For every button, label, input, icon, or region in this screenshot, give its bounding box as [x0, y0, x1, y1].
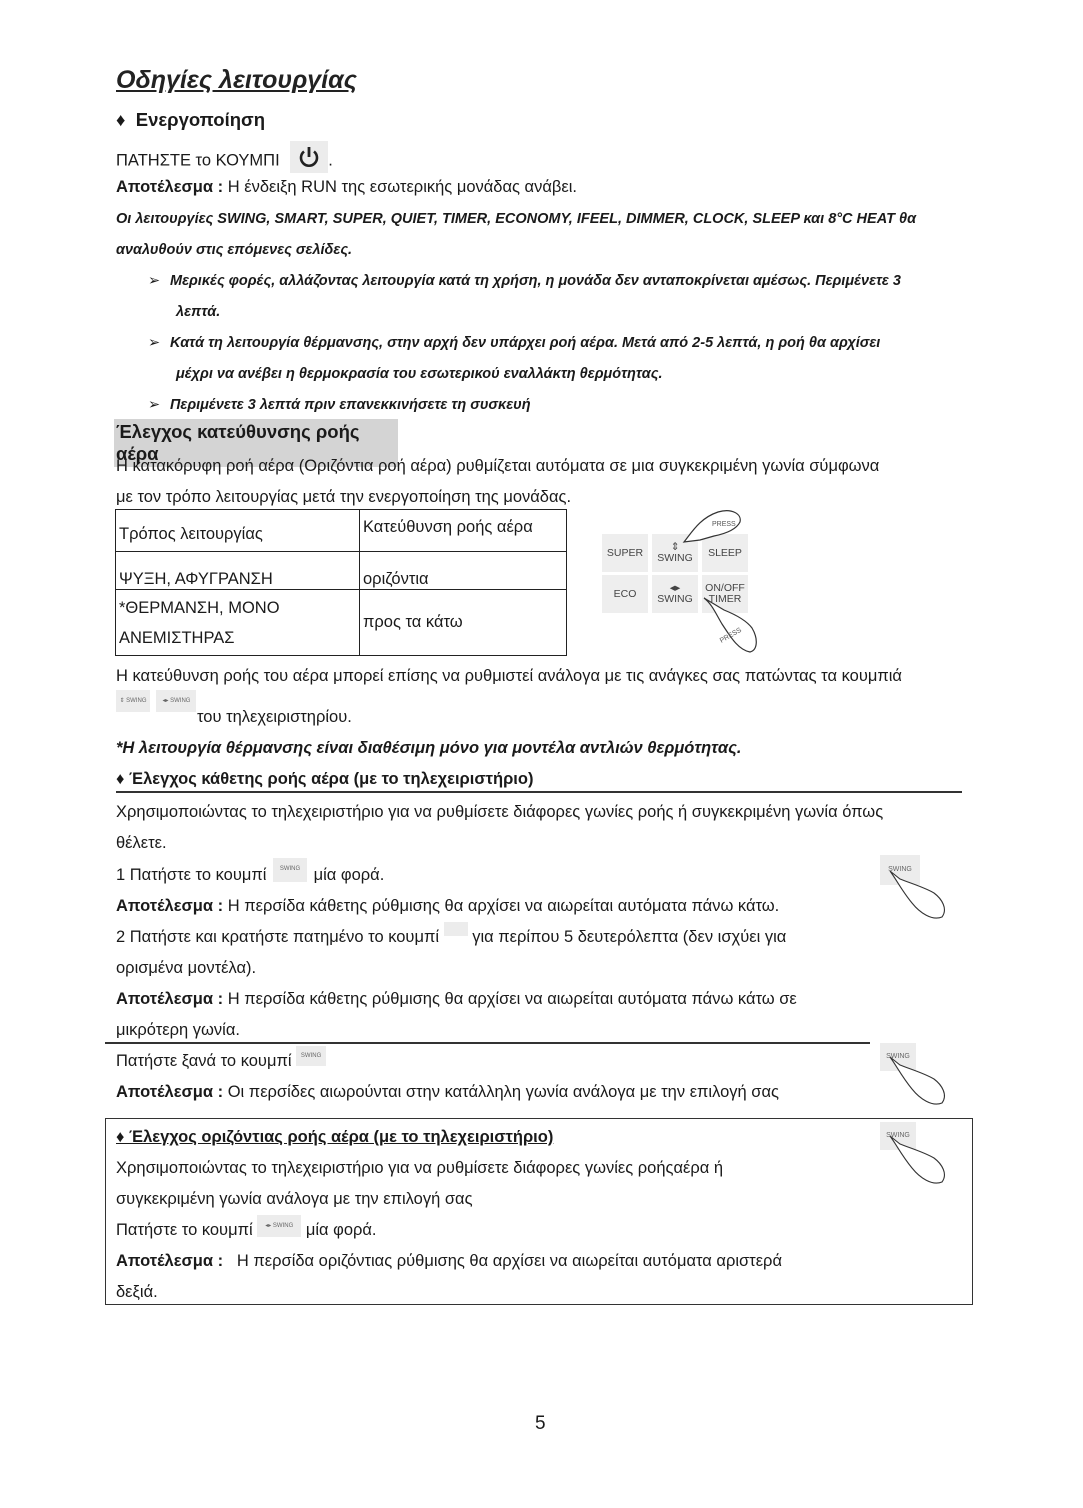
diamond-bullet-icon: ♦: [116, 109, 136, 130]
remote-super-button: SUPER: [602, 534, 648, 572]
bullet-item: ➢Κατά τη λειτουργία θέρμανσης, στην αρχή…: [148, 335, 880, 351]
swing-press-illustration: SWING: [880, 855, 950, 919]
heat-note: *Η λειτουργία θέρμανσης είναι διαθέσιμη …: [116, 739, 742, 758]
mode-direction-table: Τρόπος λειτουργίας Κατεύθυνση ροής αέρα …: [115, 509, 567, 656]
bullet-item-cont: λεπτά.: [176, 304, 220, 320]
table-header: Κατεύθυνση ροής αέρα: [360, 510, 567, 552]
arrow-bullet-icon: ➢: [148, 335, 170, 351]
horizontal-step: Πατήστε το κουμπί ◂▸ SWING μία φορά.: [116, 1221, 377, 1243]
swing-vertical-mini-icon: ⇕ SWING: [116, 690, 150, 712]
page-number: 5: [535, 1413, 546, 1435]
horizontal-intro-line1: Χρησιμοποιώντας το τηλεχειριστήριο για ν…: [116, 1159, 723, 1178]
horizontal-result-line2: δεξιά.: [116, 1283, 158, 1302]
vertical-intro-line1: Χρησιμοποιώντας το τηλεχειριστήριο για ν…: [116, 803, 883, 822]
pressing-hand-icon: [886, 869, 948, 923]
page-title: Οδηγίες λειτουργίας: [116, 66, 357, 95]
pressing-hand-icon: [886, 1134, 948, 1188]
swing-horizontal-mini-icon: ◂▸ SWING: [257, 1215, 301, 1237]
airflow-intro-line1: Η κατακόρυφη ροή αέρα (Οριζόντια ροή αέρ…: [116, 457, 879, 476]
functions-note-line2: αναλυθούν στις επόμενες σελίδες.: [116, 242, 352, 258]
svg-text:PRESS: PRESS: [712, 521, 736, 528]
table-cell: *ΘΕΡΜΑΝΣΗ, ΜΟΝΟ ΑΝΕΜΙΣΤΗΡΑΣ: [116, 590, 360, 656]
divider: [105, 1042, 870, 1044]
swing-vertical-mini-icon: SWING: [273, 858, 307, 882]
horizontal-heading: ♦ Έλεγχος οριζόντιας ροής αέρα (με το τη…: [116, 1128, 553, 1147]
swing-press-illustration: SWING: [880, 1122, 950, 1186]
power-result: Αποτέλεσμα : Η ένδειξη RUN της εσωτερική…: [116, 178, 577, 197]
adjust-text-line1: Η κατεύθυνση ροής του αέρα μπορεί επίσης…: [116, 667, 902, 686]
vertical-intro-line2: θέλετε.: [116, 834, 167, 853]
horizontal-intro-line2: συγκεκριμένη γωνία ανάλογα με την επιλογ…: [116, 1190, 473, 1209]
swing-buttons-inline: ⇕ SWING ◂▸ SWING: [116, 690, 196, 712]
vertical-result1: Αποτέλεσμα : Η περσίδα κάθετης ρύθμισης …: [116, 897, 779, 916]
table-cell: οριζόντια: [360, 552, 567, 590]
vertical-result2: Αποτέλεσμα : Η περσίδα κάθετης ρύθμισης …: [116, 990, 797, 1009]
remote-swing-horizontal-button: ◂▸ SWING: [652, 575, 698, 613]
vertical-result2-line2: μικρότερη γωνία.: [116, 1021, 240, 1040]
bullet-item-cont: μέχρι να ανέβει η θερμοκρασία του εσωτερ…: [176, 366, 663, 382]
swing-press-illustration: SWING: [880, 1043, 950, 1107]
table-cell: προς τα κάτω: [360, 590, 567, 656]
horizontal-result: Αποτέλεσμα : Η περσίδα οριζόντιας ρύθμισ…: [116, 1252, 782, 1271]
remote-eco-button: ECO: [602, 575, 648, 613]
swing-vertical-mini-icon: [444, 922, 468, 936]
arrow-bullet-icon: ➢: [148, 397, 170, 413]
power-on-heading: ♦ Ενεργοποίηση: [116, 109, 265, 131]
adjust-text-line2: του τηλεχειριστηρίου.: [197, 708, 352, 727]
power-instruction: ΠΑΤΗΣΤΕ το ΚΟΥΜΠΙ .: [116, 145, 333, 177]
vertical-step1: 1 Πατήστε το κουμπί SWING μία φορά.: [116, 866, 384, 890]
remote-buttons-illustration: SUPER ⇕ SWING SLEEP ECO ◂▸ SWING ON/OFF …: [600, 506, 760, 656]
table-cell: ΨΥΞΗ, ΑΦΥΓΡΑΝΣΗ: [116, 552, 360, 590]
airflow-intro-line2: με τον τρόπο λειτουργίας μετά την ενεργο…: [116, 488, 571, 507]
power-icon: [290, 141, 328, 173]
arrow-bullet-icon: ➢: [148, 273, 170, 289]
vertical-result3: Αποτέλεσμα : Οι περσίδες αιωρούνται στην…: [116, 1083, 779, 1102]
vertical-heading: ♦ Έλεγχος κάθετης ροής αέρα (με το τηλεχ…: [116, 770, 533, 789]
swing-horizontal-mini-icon: ◂▸ SWING: [156, 690, 196, 712]
vertical-step3: Πατήστε ξανά το κουμπί SWING: [116, 1052, 326, 1072]
bullet-item: ➢Περιμένετε 3 λεπτά πριν επανεκκινήσετε …: [148, 397, 531, 413]
vertical-step2: 2 Πατήστε και κρατήστε πατημένο το κουμπ…: [116, 928, 786, 947]
table-header: Τρόπος λειτουργίας: [116, 510, 360, 552]
pressing-hand-icon: PRESS: [670, 506, 750, 546]
pressing-hand-icon: PRESS: [700, 594, 760, 656]
vertical-step2-line2: ορισμένα μοντέλα).: [116, 959, 256, 978]
divider: [116, 791, 962, 793]
bullet-item: ➢Μερικές φορές, αλλάζοντας λειτουργία κα…: [148, 273, 901, 289]
pressing-hand-icon: [886, 1055, 948, 1109]
functions-note-line1: Οι λειτουργίες SWING, SMART, SUPER, QUIE…: [116, 211, 916, 227]
swing-vertical-mini-icon: SWING: [296, 1046, 326, 1066]
